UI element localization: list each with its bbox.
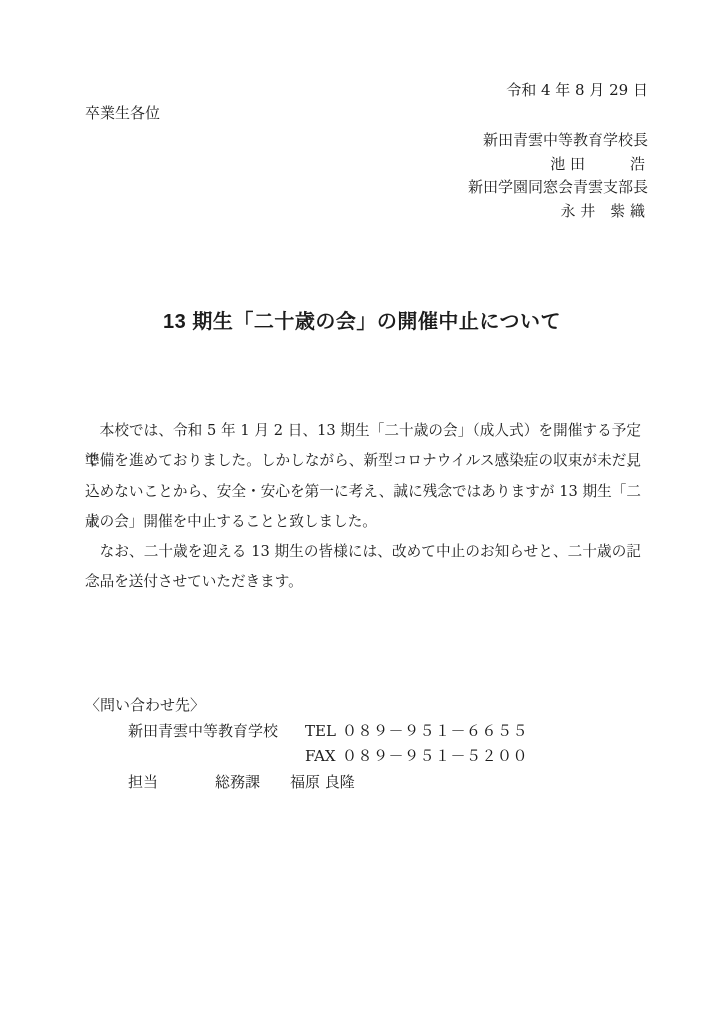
body-line: 込めないことから、安全・安心を第一に考え、誠に残念ではありますが 13 期生「二… <box>85 477 641 507</box>
contact-block: 〈問い合わせ先〉 新田青雲中等教育学校 TEL ０８９－９５１－６６５５ FAX… <box>85 693 645 795</box>
fax-number: ０８９－９５１－５２００ <box>342 744 528 770</box>
letter-page: 令和 4 年 8 月 29 日 卒業生各位 新田青雲中等教育学校長 池 田 浩 … <box>0 0 724 1024</box>
sender-name-alumni: 永 井 紫 織 <box>468 200 648 224</box>
sender-title-principal: 新田青雲中等教育学校長 <box>468 129 648 153</box>
body-line: 念品を送付させていただきます。 <box>85 567 641 597</box>
document-title: 13 期生「二十歳の会」の開催中止について <box>0 305 724 334</box>
department: 総務課 <box>215 770 260 796</box>
contact-heading: 〈問い合わせ先〉 <box>85 693 205 719</box>
body-line: 歳の会」開催を中止することと致しました。 <box>85 507 641 537</box>
tel-label: TEL <box>305 719 336 745</box>
body-line: 本校では、令和 5 年 1 月 2 日、13 期生「二十歳の会」（成人式）を開催… <box>85 416 641 446</box>
body-line: なお、二十歳を迎える 13 期生の皆様には、改めて中止のお知らせと、二十歳の記 <box>85 537 641 567</box>
addressee: 卒業生各位 <box>85 103 160 123</box>
fax-label: FAX <box>305 744 336 770</box>
staff-label: 担当 <box>128 770 158 796</box>
contact-organization: 新田青雲中等教育学校 <box>128 719 278 745</box>
sender-name-principal: 池 田 浩 <box>468 153 648 177</box>
sender-title-alumni: 新田学園同窓会青雲支部長 <box>468 176 648 200</box>
body-text: 本校では、令和 5 年 1 月 2 日、13 期生「二十歳の会」（成人式）を開催… <box>85 416 641 598</box>
tel-number: ０８９－９５１－６６５５ <box>342 719 528 745</box>
body-line: 準備を進めておりました。しかしながら、新型コロナウイルス感染症の収束が未だ見 <box>85 446 641 476</box>
sender-block: 新田青雲中等教育学校長 池 田 浩 新田学園同窓会青雲支部長 永 井 紫 織 <box>468 129 648 223</box>
document-date: 令和 4 年 8 月 29 日 <box>506 80 648 100</box>
contact-person: 福原 良隆 <box>290 770 355 796</box>
